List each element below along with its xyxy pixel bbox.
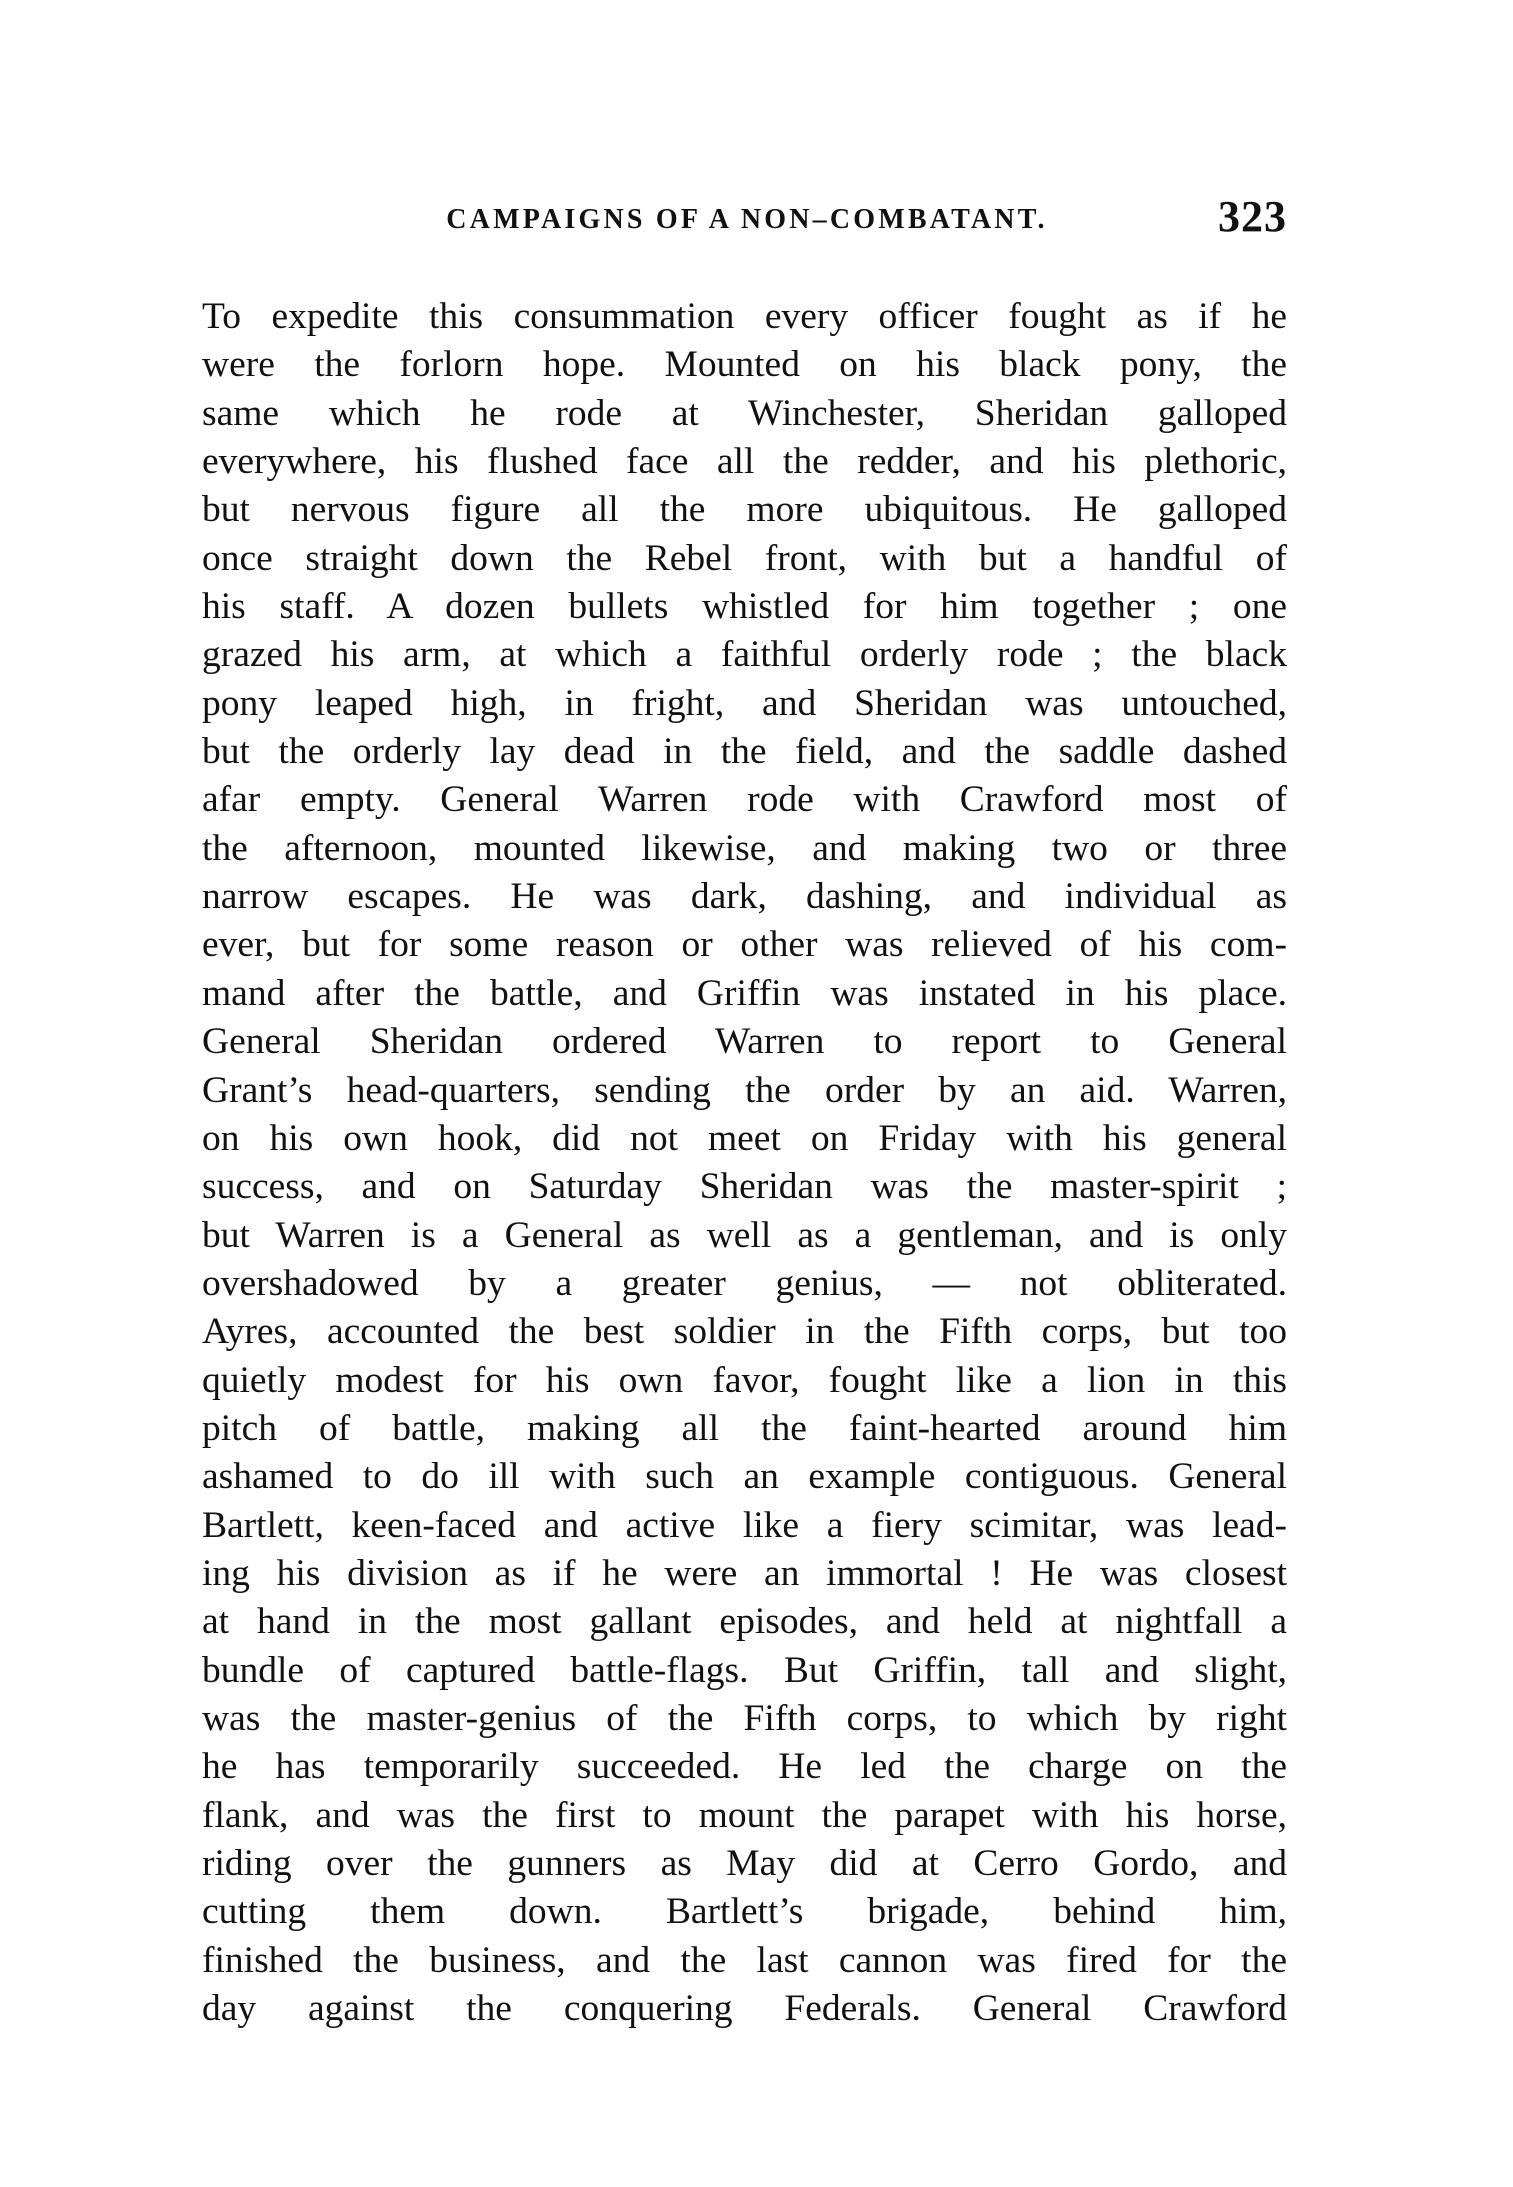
text-line: afar empty. General Warren rode with Cra… (202, 776, 1287, 824)
text-line: General Sheridan ordered Warren to repor… (202, 1018, 1287, 1066)
text-line: same which he rode at Winchester, Sherid… (202, 390, 1287, 438)
text-line: pitch of battle, making all the faint-he… (202, 1405, 1287, 1453)
text-line: bundle of captured battle-flags. But Gri… (202, 1647, 1287, 1695)
text-line: pony leaped high, in fright, and Sherida… (202, 680, 1287, 728)
text-line: Grant’s head-quarters, sending the order… (202, 1067, 1287, 1115)
text-line: mand after the battle, and Griffin was i… (202, 970, 1287, 1018)
running-head: CAMPAIGNS OF A NON–COMBATANT. 323 (202, 196, 1287, 244)
text-line: once straight down the Rebel front, with… (202, 535, 1287, 583)
text-line: but the orderly lay dead in the field, a… (202, 728, 1287, 776)
text-line: but Warren is a General as well as a gen… (202, 1212, 1287, 1260)
text-line: were the forlorn hope. Mounted on his bl… (202, 341, 1287, 389)
body-paragraph: To expedite this consummation every offi… (202, 293, 1287, 2033)
text-line: finished the business, and the last cann… (202, 1937, 1287, 1985)
text-line: ing his division as if he were an immort… (202, 1550, 1287, 1598)
text-line: grazed his arm, at which a faithful orde… (202, 631, 1287, 679)
text-line: ever, but for some reason or other was r… (202, 921, 1287, 969)
text-line: on his own hook, did not meet on Friday … (202, 1115, 1287, 1163)
text-line: narrow escapes. He was dark, dashing, an… (202, 873, 1287, 921)
text-line: day against the conquering Federals. Gen… (202, 1985, 1287, 2033)
text-line: quietly modest for his own favor, fought… (202, 1357, 1287, 1405)
text-line: cutting them down. Bartlett’s brigade, b… (202, 1888, 1287, 1936)
text-line: ashamed to do ill with such an example c… (202, 1453, 1287, 1501)
text-line: Bartlett, keen-faced and active like a f… (202, 1502, 1287, 1550)
text-line: riding over the gunners as May did at Ce… (202, 1840, 1287, 1888)
page-number: 323 (1218, 193, 1287, 241)
text-line: the afternoon, mounted likewise, and mak… (202, 825, 1287, 873)
text-line: everywhere, his flushed face all the red… (202, 438, 1287, 486)
running-title: CAMPAIGNS OF A NON–COMBATANT. (412, 196, 1082, 244)
text-line: success, and on Saturday Sheridan was th… (202, 1163, 1287, 1211)
text-line: overshadowed by a greater genius, — not … (202, 1260, 1287, 1308)
text-line: he has temporarily succeeded. He led the… (202, 1743, 1287, 1791)
text-line: was the master-genius of the Fifth corps… (202, 1695, 1287, 1743)
text-line: flank, and was the first to mount the pa… (202, 1792, 1287, 1840)
text-line: at hand in the most gallant episodes, an… (202, 1598, 1287, 1646)
text-line: his staff. A dozen bullets whistled for … (202, 583, 1287, 631)
book-page: CAMPAIGNS OF A NON–COMBATANT. 323 To exp… (0, 0, 1513, 2187)
text-line: Ayres, accounted the best soldier in the… (202, 1308, 1287, 1356)
text-line: To expedite this consummation every offi… (202, 293, 1287, 341)
text-line: but nervous figure all the more ubiquito… (202, 486, 1287, 534)
